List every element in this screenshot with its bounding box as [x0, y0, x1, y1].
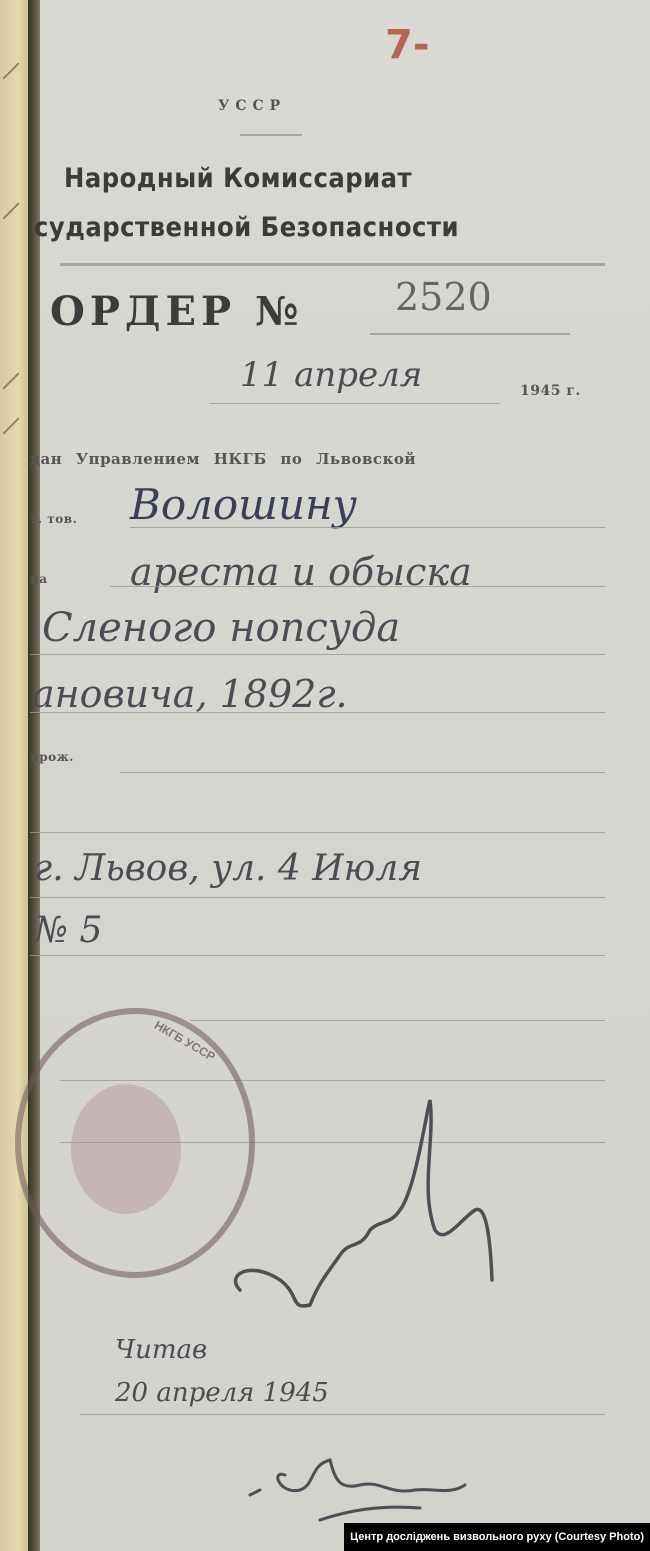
folder-edge — [0, 0, 30, 1551]
residence-label: прож. — [30, 750, 74, 764]
corner-mark: 7- — [385, 22, 429, 68]
folder-check-mark — [3, 418, 20, 435]
address-line-2: № 5 — [34, 910, 102, 951]
signature-footer — [240, 1440, 510, 1530]
address-line-1-rule — [30, 897, 605, 898]
stamp-emblem-icon — [71, 1084, 181, 1214]
to-value: Волошину — [130, 480, 357, 529]
residence-rule — [120, 772, 605, 773]
republic-underline — [240, 134, 302, 136]
header-divider — [60, 263, 605, 266]
to-label: т. тов. — [30, 512, 77, 526]
order-number-line — [370, 333, 570, 335]
read-note-line-2: 20 апреля 1945 — [115, 1378, 329, 1408]
order-date-handwritten: 11 апреля — [240, 355, 422, 395]
purpose-line — [110, 586, 605, 587]
order-year: 1945 г. — [520, 383, 581, 399]
folder-check-mark — [3, 63, 20, 80]
agency-line-2: сударственной Безопасности — [34, 212, 459, 243]
subject-line-1-rule — [30, 654, 605, 655]
blank-rule — [190, 1020, 605, 1021]
subject-line-2: ановича, 1892г. — [32, 672, 348, 716]
to-line — [130, 527, 605, 528]
order-title: ОРДЕР № — [50, 288, 303, 335]
address-line-1: г. Львов, ул. 4 Июля — [34, 848, 422, 889]
blank-rule — [30, 832, 605, 833]
date-line — [210, 403, 500, 404]
agency-line-1: Народный Комиссариат — [64, 163, 412, 194]
photo-credit-caption: Центр досліджень визвольного руху (Court… — [344, 1523, 650, 1551]
subject-line-1: Сленого нопсуда — [42, 605, 400, 651]
signature-main — [220, 1080, 540, 1320]
issued-by: дан Управлением НКГБ по Львовской — [30, 450, 416, 468]
read-note-line-1: Читав — [115, 1335, 207, 1365]
republic-label: УССР — [218, 98, 286, 114]
footer-rule — [80, 1414, 605, 1415]
purpose-value: ареста и обыска — [130, 550, 472, 594]
folder-check-mark — [3, 203, 20, 220]
official-stamp: НКГБ УССР — [15, 1008, 255, 1278]
address-line-2-rule — [30, 955, 605, 956]
folder-check-mark — [3, 373, 20, 390]
purpose-label: на — [30, 572, 48, 586]
subject-line-2-rule — [30, 712, 605, 713]
order-number: 2520 — [395, 275, 492, 319]
